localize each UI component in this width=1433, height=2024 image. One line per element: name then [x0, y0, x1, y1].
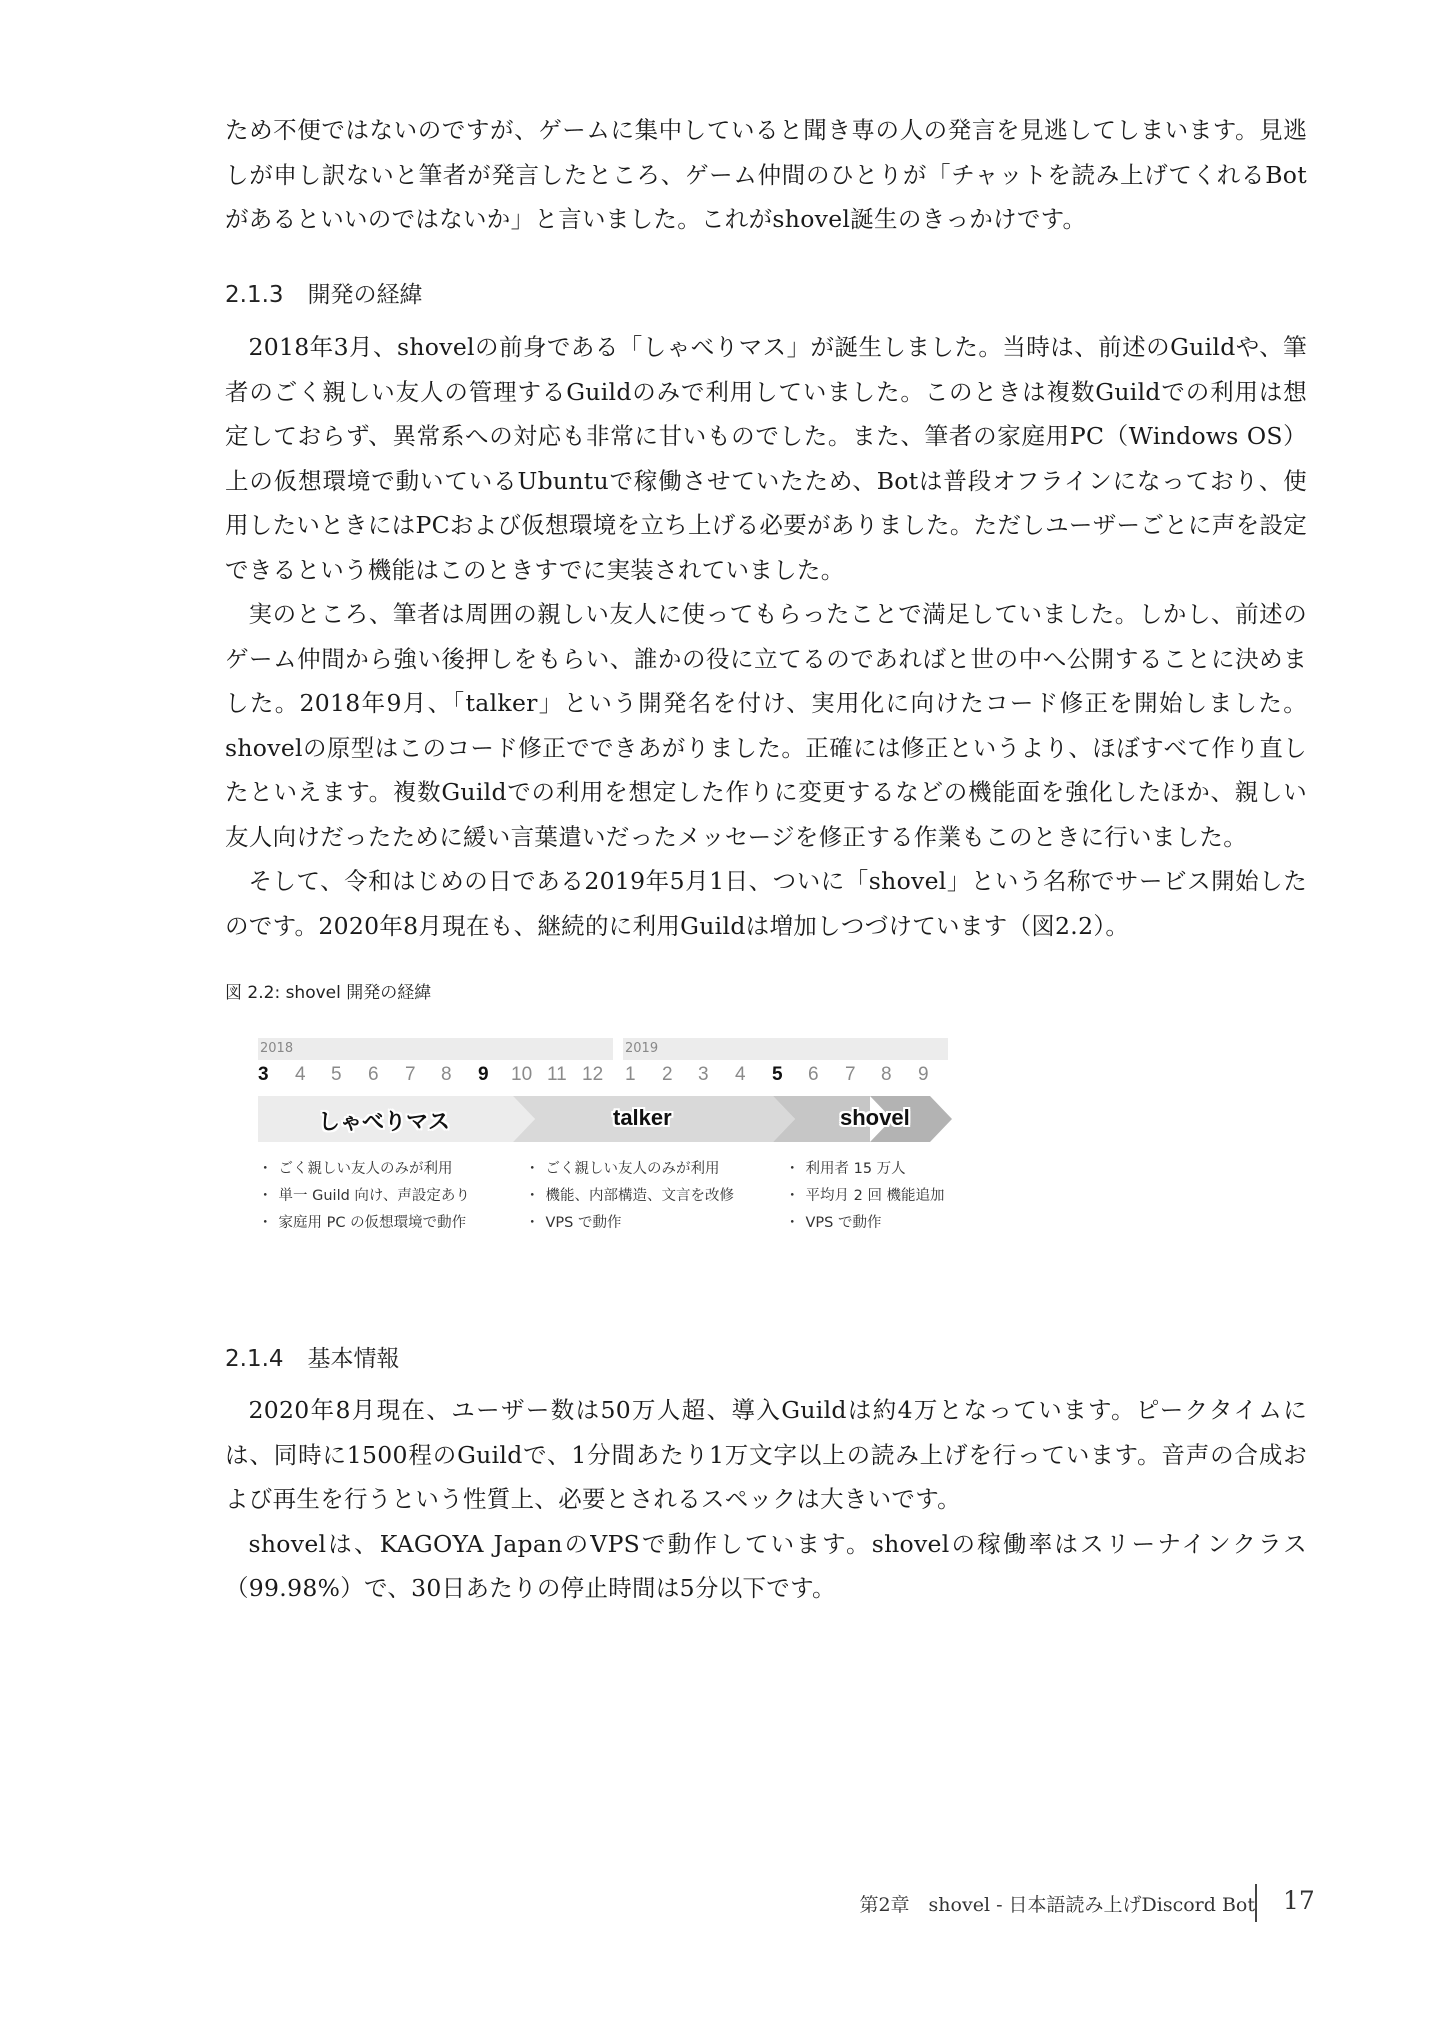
year-bar-2019: 2019 — [623, 1038, 948, 1060]
bullet-item: ・ごく親しい友人のみが利用 — [525, 1156, 734, 1183]
bullet-item: ・家庭用 PC の仮想環境で動作 — [258, 1210, 470, 1237]
paragraph: 2018年3月、shovelの前身である「しゃべりマス」が誕生しました。当時は、… — [225, 325, 1307, 592]
month-label: 1 — [625, 1064, 655, 1086]
footer-divider — [1255, 1884, 1257, 1922]
paragraph: 実のところ、筆者は周囲の親しい友人に使ってもらったことで満足していました。しかし… — [225, 592, 1307, 859]
bullet-icon: ・ — [258, 1215, 273, 1231]
year-bar-2018: 2018 — [258, 1038, 613, 1060]
month-label: 9 — [478, 1064, 508, 1086]
bullet-item: ・利用者 15 万人 — [785, 1156, 945, 1183]
section-2-1-3-body: 2018年3月、shovelの前身である「しゃべりマス」が誕生しました。当時は、… — [225, 325, 1307, 948]
bullet-icon: ・ — [525, 1161, 540, 1177]
month-label: 5 — [331, 1064, 361, 1086]
bullet-icon: ・ — [258, 1161, 273, 1177]
bullet-icon: ・ — [785, 1161, 800, 1177]
bullet-item: ・ごく親しい友人のみが利用 — [258, 1156, 470, 1183]
paragraph: そして、令和はじめの日である2019年5月1日、ついに「shovel」という名称… — [225, 859, 1307, 948]
bullet-item: ・VPS で動作 — [785, 1210, 945, 1237]
bullet-item: ・単一 Guild 向け、声設定あり — [258, 1183, 470, 1210]
month-label: 3 — [698, 1064, 728, 1086]
section-title: 基本情報 — [308, 1346, 400, 1372]
phase-bullets-talker: ・ごく親しい友人のみが利用 ・機能、内部構造、文言を改修 ・VPS で動作 — [525, 1156, 734, 1237]
section-title: 開発の経緯 — [308, 282, 423, 308]
section-2-1-4-body: 2020年8月現在、ユーザー数は50万人超、導入Guildは約4万となっています… — [225, 1388, 1307, 1611]
document-page: ため不便ではないのですが、ゲームに集中していると聞き専の人の発言を見逃してしまい… — [0, 0, 1433, 2024]
month-label: 11 — [547, 1064, 577, 1086]
month-label: 5 — [772, 1064, 802, 1086]
running-footer-chapter: 第2章 shovel - 日本語読み上げDiscord Bot — [859, 1890, 1255, 1917]
bullet-icon: ・ — [525, 1188, 540, 1204]
bullet-icon: ・ — [785, 1188, 800, 1204]
figure-caption: 図 2.2: shovel 開発の経緯 — [225, 978, 431, 1003]
phase-label-shaberimasu: しゃべりマス — [318, 1105, 450, 1136]
section-heading-2-1-4: 2.1.4基本情報 — [225, 1340, 400, 1373]
bullet-icon: ・ — [525, 1215, 540, 1231]
phase-label-talker: talker — [613, 1105, 672, 1131]
month-label: 6 — [808, 1064, 838, 1086]
timeline-figure: 2018 2019 3 4 5 6 7 8 9 10 11 12 1 2 3 4… — [258, 1038, 958, 1238]
page-footer: 第2章 shovel - 日本語読み上げDiscord Bot 17 — [0, 1884, 1433, 1924]
page-number: 17 — [1283, 1886, 1315, 1915]
bullet-item: ・平均月 2 回 機能追加 — [785, 1183, 945, 1210]
month-label: 9 — [918, 1064, 948, 1086]
month-label: 4 — [295, 1064, 325, 1086]
phase-bullets-shaberimasu: ・ごく親しい友人のみが利用 ・単一 Guild 向け、声設定あり ・家庭用 PC… — [258, 1156, 470, 1237]
month-label: 3 — [258, 1064, 288, 1086]
section-number: 2.1.4 — [225, 1346, 284, 1372]
month-label: 10 — [511, 1064, 541, 1086]
phase-bullets-shovel: ・利用者 15 万人 ・平均月 2 回 機能追加 ・VPS で動作 — [785, 1156, 945, 1237]
phase-arrow-band: しゃべりマス talker shovel — [258, 1096, 958, 1142]
bullet-icon: ・ — [785, 1215, 800, 1231]
month-label: 8 — [881, 1064, 911, 1086]
intro-text-block: ため不便ではないのですが、ゲームに集中していると聞き専の人の発言を見逃してしまい… — [225, 108, 1307, 242]
paragraph: shovelは、KAGOYA JapanのVPSで動作しています。shovelの… — [225, 1522, 1307, 1611]
month-label: 2 — [662, 1064, 692, 1086]
bullet-item: ・機能、内部構造、文言を改修 — [525, 1183, 734, 1210]
paragraph: ため不便ではないのですが、ゲームに集中していると聞き専の人の発言を見逃してしまい… — [225, 108, 1307, 242]
paragraph: 2020年8月現在、ユーザー数は50万人超、導入Guildは約4万となっています… — [225, 1388, 1307, 1522]
month-label: 12 — [582, 1064, 612, 1086]
section-heading-2-1-3: 2.1.3開発の経緯 — [225, 276, 423, 309]
month-label: 7 — [405, 1064, 435, 1086]
bullet-item: ・VPS で動作 — [525, 1210, 734, 1237]
month-row: 3 4 5 6 7 8 9 10 11 12 1 2 3 4 5 6 7 8 9 — [258, 1064, 958, 1088]
month-label: 6 — [368, 1064, 398, 1086]
month-label: 7 — [845, 1064, 875, 1086]
bullet-icon: ・ — [258, 1188, 273, 1204]
phase-label-shovel: shovel — [840, 1105, 910, 1131]
month-label: 4 — [735, 1064, 765, 1086]
section-number: 2.1.3 — [225, 282, 284, 308]
month-label: 8 — [441, 1064, 471, 1086]
